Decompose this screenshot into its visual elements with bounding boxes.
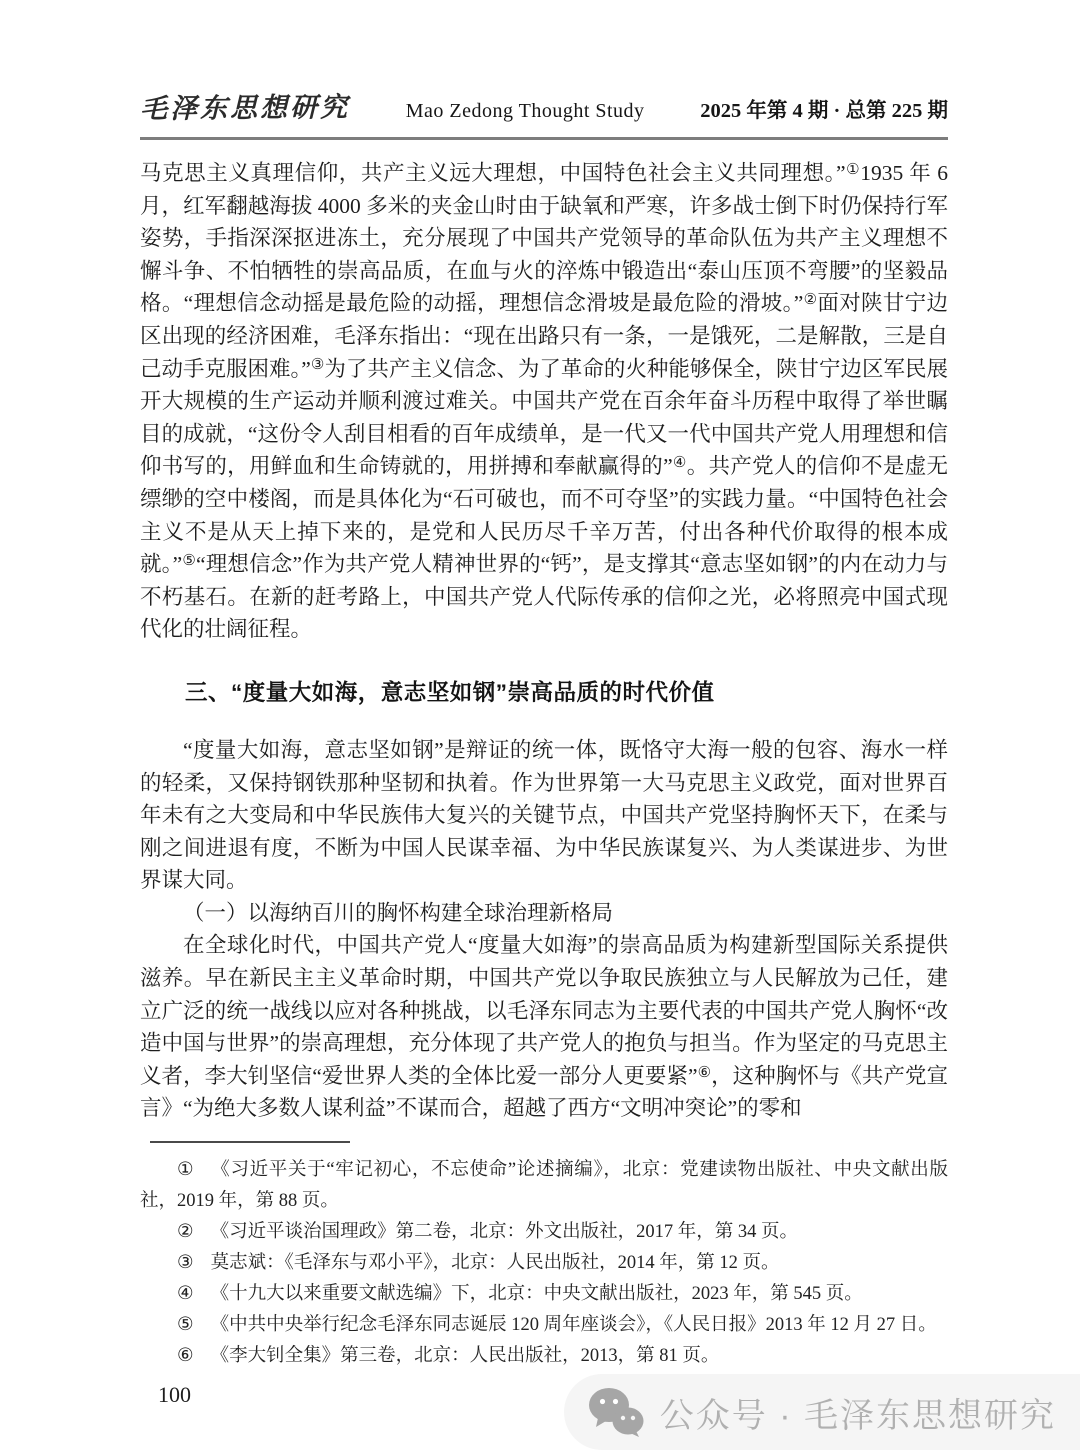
footnote-item: ②《习近平谈治国理政》第二卷，北京：外文出版社，2017 年，第 34 页。 <box>140 1217 948 1248</box>
footnote-text: 《中共中央举行纪念毛泽东同志诞辰 120 周年座谈会》，《人民日报》2013 年… <box>211 1315 937 1335</box>
subsection-heading: （一）以海纳百川的胸怀构建全球治理新格局 <box>140 897 948 930</box>
text-run: “度量大如海，意志坚如钢”是辩证的统一体，既恪守大海一般的包容、海水一样的轻柔，… <box>140 738 948 892</box>
paragraph-continuation: 马克思主义真理信仰，共产主义远大理想，中国特色社会主义共同理想。”①1935 年… <box>140 157 948 646</box>
footnote-marker: ④ <box>177 1284 194 1304</box>
paragraph: 在全球化时代，中国共产党人“度量大如海”的崇高品质为构建新型国际关系提供滋养。早… <box>140 929 948 1125</box>
page-footer: ①《习近平关于“牢记初心，不忘使命”论述摘编》，北京：党建读物出版社、中央文献出… <box>140 1141 948 1408</box>
footnote-marker: ② <box>177 1222 194 1242</box>
footnote-divider <box>150 1141 350 1143</box>
footnote-ref: ⑤ <box>182 553 196 569</box>
footnote-marker: ③ <box>177 1253 194 1273</box>
journal-logo-calligraphy: 毛泽东思想研究 <box>140 85 350 126</box>
wechat-icon <box>588 1387 644 1437</box>
footnote-item: ④《十九大以来重要文献选编》下，北京：中央文献出版社，2023 年，第 545 … <box>140 1279 948 1310</box>
journal-page: 毛泽东思想研究 Mao Zedong Thought Study 2025 年第… <box>0 0 1080 1454</box>
wechat-watermark-bar: 公众号 · 毛泽东思想研究 <box>564 1374 1080 1450</box>
article-body: 马克思主义真理信仰，共产主义远大理想，中国特色社会主义共同理想。”①1935 年… <box>140 157 948 1125</box>
footnote-item: ⑥《李大钊全集》第三卷，北京：人民出版社，2013，第 81 页。 <box>140 1341 948 1372</box>
paragraph: “度量大如海，意志坚如钢”是辩证的统一体，既恪守大海一般的包容、海水一样的轻柔，… <box>140 734 948 897</box>
footnote-ref: ② <box>803 292 817 308</box>
footnote-text: 《十九大以来重要文献选编》下，北京：中央文献出版社，2023 年，第 545 页… <box>211 1284 863 1304</box>
section-heading: 三、“度量大如海，意志坚如钢”崇高品质的时代价值 <box>140 675 948 707</box>
footnote-ref: ⑥ <box>698 1065 712 1081</box>
footnote-text: 《李大钊全集》第三卷，北京：人民出版社，2013，第 81 页。 <box>211 1346 720 1366</box>
text-run: 马克思主义真理信仰，共产主义远大理想，中国特色社会主义共同理想。” <box>140 161 846 185</box>
footnote-text: 莫志斌：《毛泽东与邓小平》，北京：人民出版社，2014 年，第 12 页。 <box>211 1253 780 1273</box>
footnote-item: ③莫志斌：《毛泽东与邓小平》，北京：人民出版社，2014 年，第 12 页。 <box>140 1248 948 1279</box>
issue-info: 2025 年第 4 期 · 总第 225 期 <box>700 93 948 125</box>
footnote-ref: ③ <box>311 357 325 373</box>
footnote-text: 《习近平谈治国理政》第二卷，北京：外文出版社，2017 年，第 34 页。 <box>211 1222 798 1242</box>
footnotes-list: ①《习近平关于“牢记初心，不忘使命”论述摘编》，北京：党建读物出版社、中央文献出… <box>140 1155 948 1372</box>
page-header: 毛泽东思想研究 Mao Zedong Thought Study 2025 年第… <box>140 86 948 140</box>
footnote-item: ⑤《中共中央举行纪念毛泽东同志诞辰 120 周年座谈会》，《人民日报》2013 … <box>140 1310 948 1341</box>
footnote-marker: ① <box>177 1160 194 1180</box>
footnote-marker: ⑥ <box>177 1346 194 1366</box>
footnote-marker: ⑤ <box>177 1315 194 1335</box>
text-run: “理想信念”作为共产党人精神世界的“钙”，是支撑其“意志坚如钢”的内在动力与不朽… <box>140 552 948 641</box>
watermark-text: 公众号 · 毛泽东思想研究 <box>660 1388 1056 1437</box>
footnote-ref: ① <box>846 162 861 178</box>
journal-title-en: Mao Zedong Thought Study <box>406 100 645 125</box>
footnote-ref: ④ <box>673 455 687 471</box>
footnote-item: ①《习近平关于“牢记初心，不忘使命”论述摘编》，北京：党建读物出版社、中央文献出… <box>140 1155 948 1217</box>
footnote-text: 《习近平关于“牢记初心，不忘使命”论述摘编》，北京：党建读物出版社、中央文献出版… <box>140 1160 948 1211</box>
